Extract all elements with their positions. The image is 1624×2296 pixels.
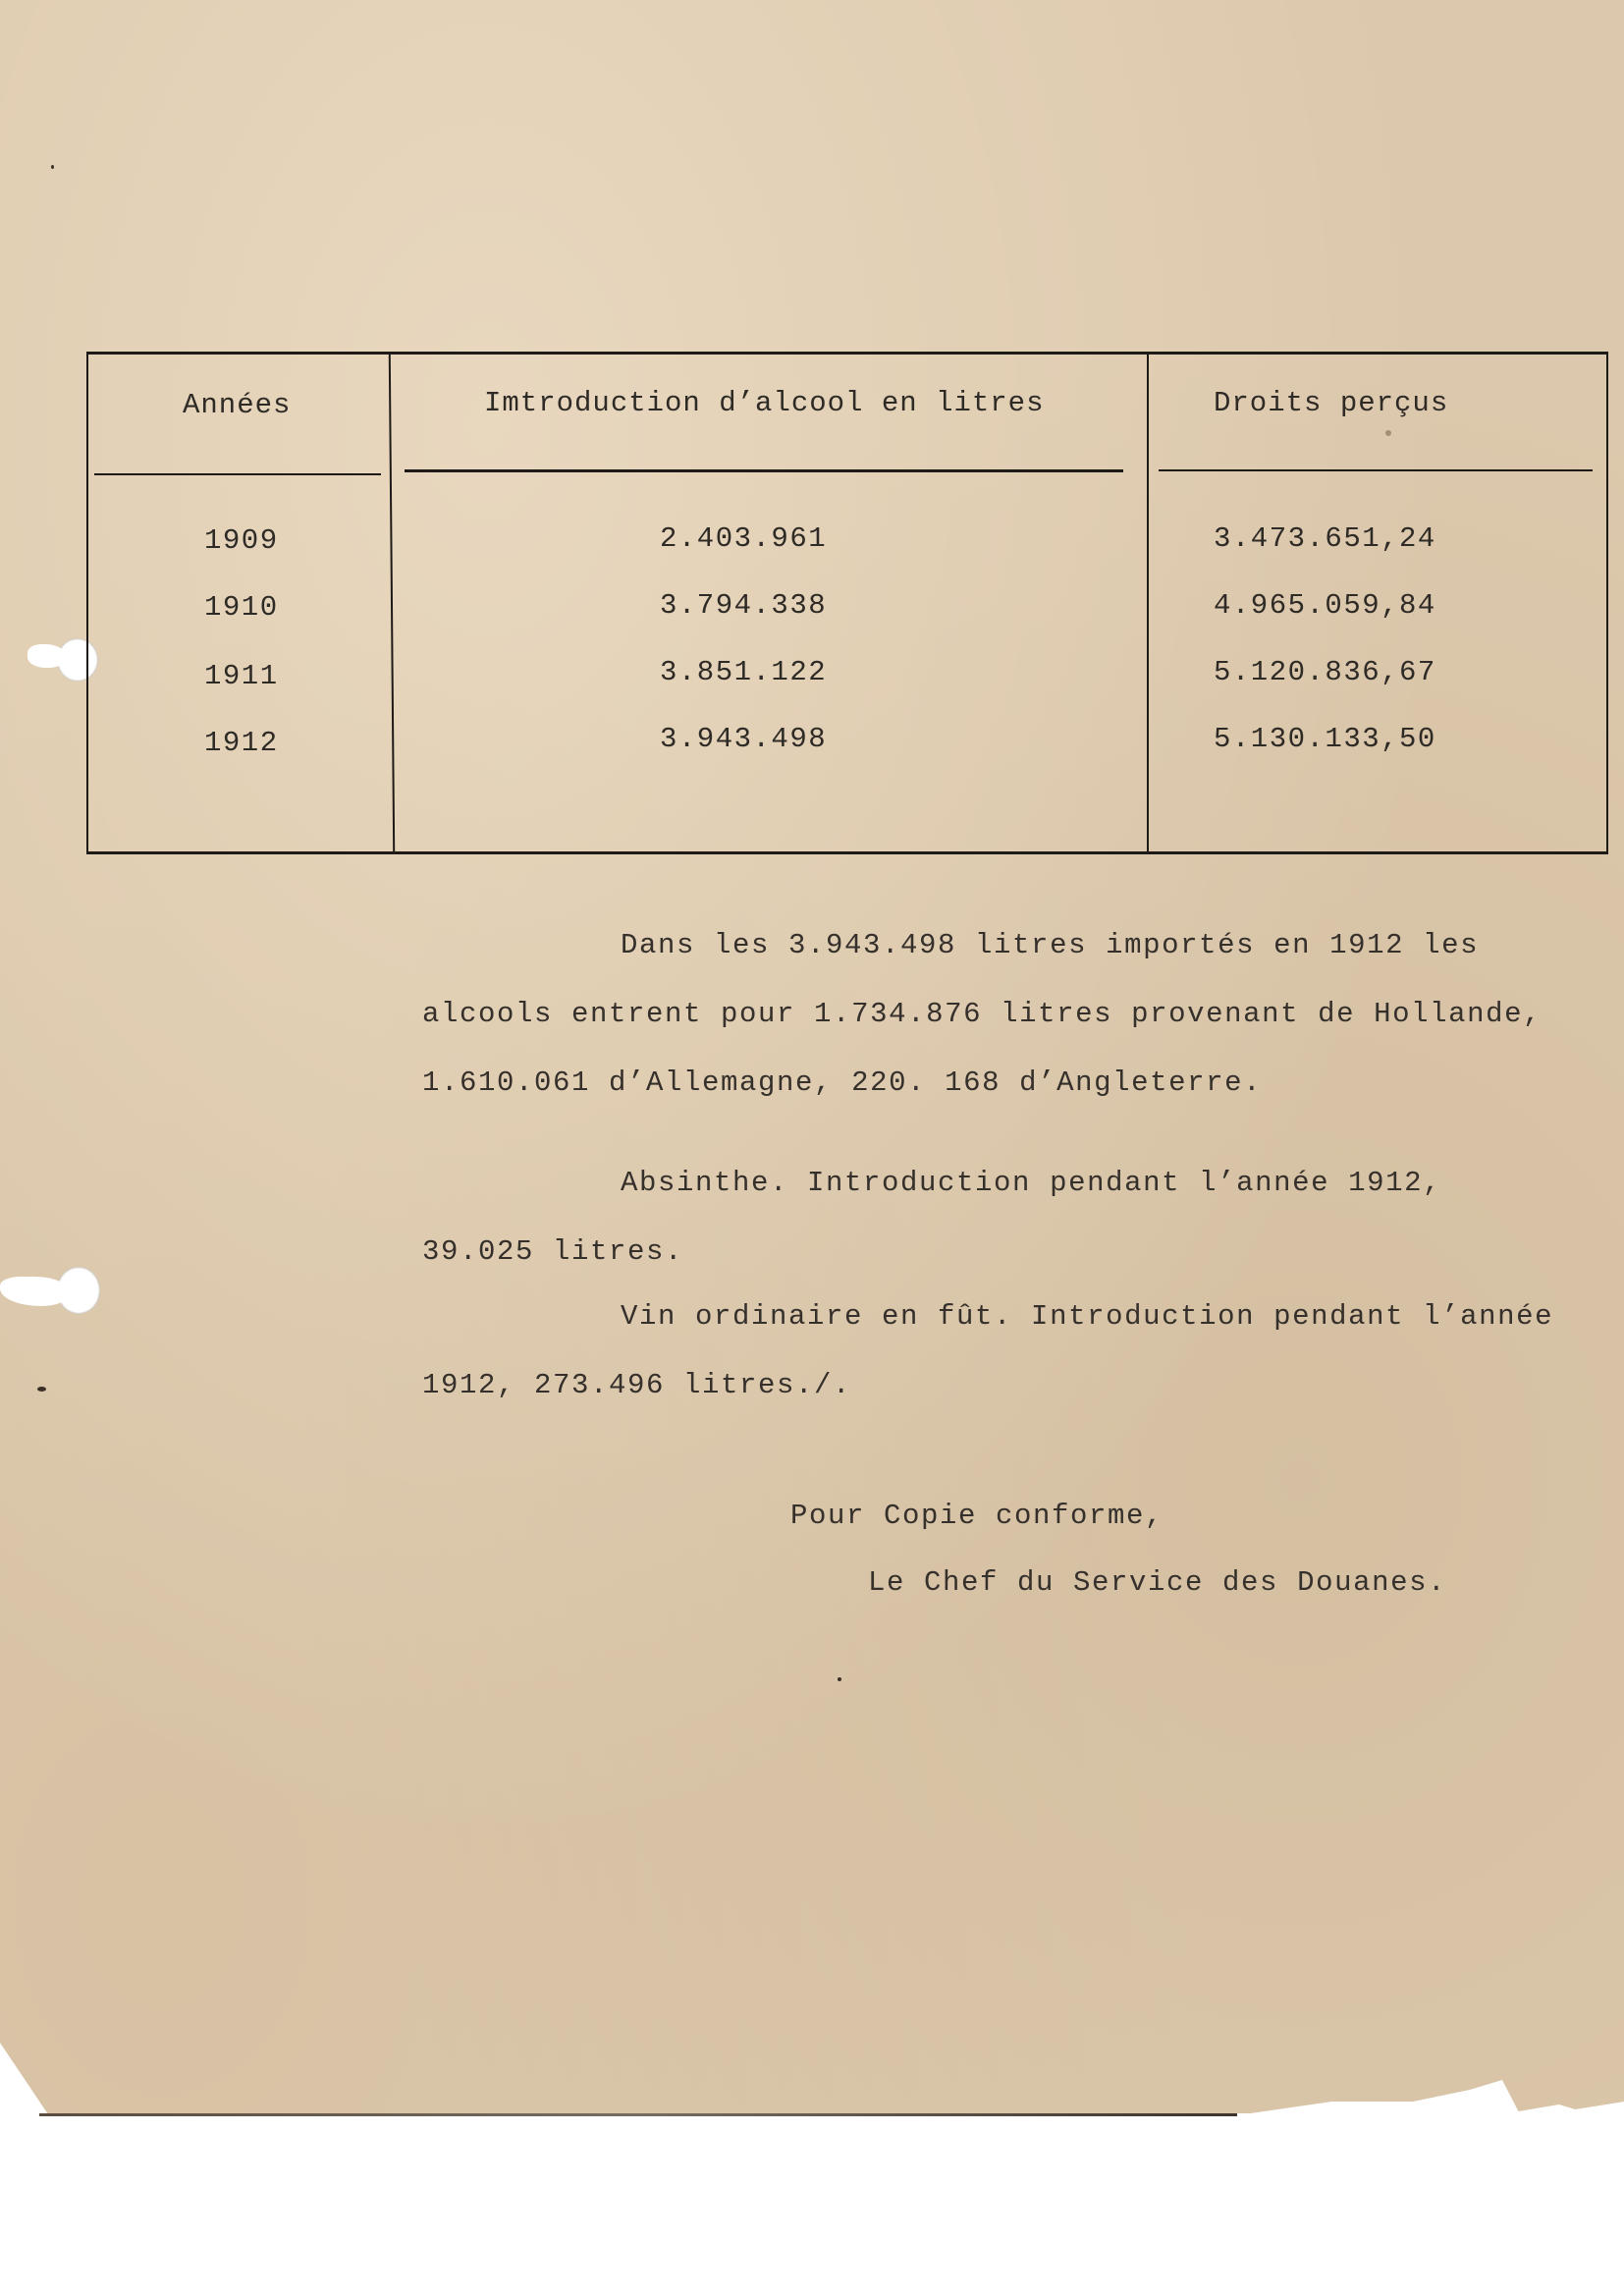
paper-sheet bbox=[0, 0, 1624, 2113]
signatory-title: Le Chef du Service des Douanes. bbox=[868, 1566, 1446, 1599]
row-litres: 2.403.961 bbox=[660, 522, 827, 555]
row-duties: 5.130.133,50 bbox=[1214, 723, 1436, 755]
certification-line: Pour Copie conforme, bbox=[790, 1500, 1164, 1532]
column-divider-2 bbox=[1147, 352, 1149, 854]
column-header-duties-collected: Droits perçus bbox=[1214, 387, 1448, 419]
table-border-left bbox=[86, 352, 88, 854]
row-litres: 3.943.498 bbox=[660, 723, 827, 755]
header-underline-1 bbox=[94, 473, 381, 475]
alcohol-import-table: Années Imtroduction d’alcool en litres D… bbox=[86, 352, 1608, 854]
row-year: 1911 bbox=[204, 660, 279, 692]
table-border-right bbox=[1606, 352, 1608, 854]
ink-speck bbox=[838, 1677, 841, 1681]
row-litres: 3.794.338 bbox=[660, 589, 827, 622]
column-header-alcohol-litres: Imtroduction d’alcool en litres bbox=[484, 387, 1045, 419]
table-border-top bbox=[86, 352, 1608, 355]
row-litres: 3.851.122 bbox=[660, 656, 827, 688]
header-underline-3 bbox=[1159, 469, 1593, 471]
text-line: 1912, 273.496 litres./. bbox=[422, 1369, 851, 1401]
row-duties: 3.473.651,24 bbox=[1214, 522, 1436, 555]
row-year: 1910 bbox=[204, 591, 279, 624]
text-line: Dans les 3.943.498 litres importés en 19… bbox=[621, 929, 1479, 961]
row-year: 1912 bbox=[204, 727, 279, 759]
column-divider-1 bbox=[389, 352, 395, 854]
header-underline-2 bbox=[405, 469, 1123, 472]
text-line: alcools entrent pour 1.734.876 litres pr… bbox=[422, 998, 1542, 1030]
row-year: 1909 bbox=[204, 524, 279, 557]
row-duties: 4.965.059,84 bbox=[1214, 589, 1436, 622]
text-line: Absinthe. Introduction pendant l’année 1… bbox=[621, 1167, 1441, 1199]
text-line: 39.025 litres. bbox=[422, 1235, 683, 1268]
ink-speck bbox=[37, 1387, 46, 1392]
text-line: Vin ordinaire en fût. Introduction penda… bbox=[621, 1300, 1553, 1333]
table-border-bottom bbox=[86, 851, 1608, 854]
punch-hole-top-tear bbox=[27, 644, 67, 668]
torn-bottom-edge bbox=[39, 2113, 1237, 2116]
text-line: 1.610.061 d’Allemagne, 220. 168 d’Anglet… bbox=[422, 1066, 1262, 1099]
ink-speck bbox=[51, 165, 54, 169]
column-header-years: Années bbox=[183, 389, 291, 421]
row-duties: 5.120.836,67 bbox=[1214, 656, 1436, 688]
